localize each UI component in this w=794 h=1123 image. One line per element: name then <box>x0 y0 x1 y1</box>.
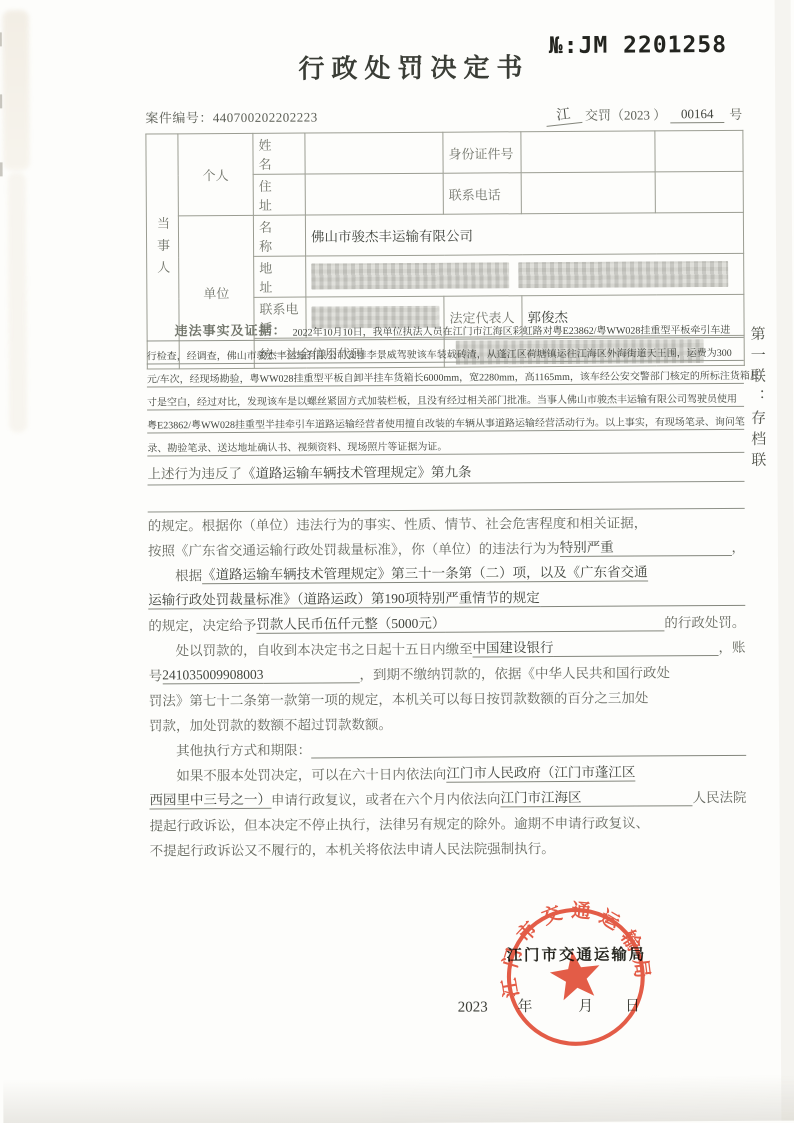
scan-right-shadow <box>775 0 794 1121</box>
other-execution-label: 其他执行方式和期限： <box>176 739 311 760</box>
blank-underline <box>311 733 746 759</box>
case-number: 案件编号：440700202202223 <box>145 106 318 126</box>
address-value <box>305 173 443 215</box>
bank-name-fill: 中国建设银行 <box>472 636 553 657</box>
decision-text: ， <box>731 536 745 556</box>
decision-line: 运输行政处罚裁量标准》（道路运政）第190项特别严重情节的规定 <box>148 583 745 612</box>
unit-name-label: 名 称 <box>253 215 305 256</box>
decision-line: 按照《广东省交通运输行政处罚裁量标准》，你（单位）的违法行为为 特别严重 ， <box>148 533 745 562</box>
decision-line: 罚法》第七十二条第一款第一项的规定，本机关可以每日按罚款数额的百分之三加处 <box>149 683 746 712</box>
scan-bottom-shadow <box>3 1075 794 1123</box>
violation-line: 上述行为违反了 《道路运输车辆技术管理规定》第九条 <box>147 455 744 486</box>
review-authority-fill: 江门市人民政府（江门市蓬江区 <box>446 761 635 783</box>
decision-text: 人民法院 <box>692 786 746 806</box>
decision-text: 处以罚款的，自收到本决定书之日起十五日内缴至 <box>175 638 472 660</box>
violation-clause: 《道路运输车辆技术管理规定》第九条 <box>242 461 472 482</box>
decision-line: 根据 《道路运输车辆技术管理规定》第三十一条第（二）项，以及《广东省交通 <box>148 558 745 587</box>
facts-text: 元/车次，经现场勘验，粤WW028挂重型平板自卸半挂车货箱长6000mm，宽22… <box>147 367 760 386</box>
blank-underline <box>445 608 664 632</box>
decision-line: 其他执行方式和期限： <box>149 733 746 762</box>
decision-line: 罚款，加处罚款的数额不超过罚款数额。 <box>149 708 746 737</box>
scan-smudge <box>3 10 30 170</box>
penalty-amount-fill: 罚款人民币伍仟元整（5000元） <box>256 612 445 634</box>
copy-designation-note: 第一联：存档联 <box>747 326 769 473</box>
account-number-fill: 241035009908003 <box>162 667 263 685</box>
decision-text: ，账 <box>718 636 745 656</box>
document-title: 行政处罚决定书 <box>279 47 549 86</box>
decision-text: 根据 <box>175 564 202 584</box>
facts-text: 录、勘验笔录、送达地址确认书、视频资料、现场照片等证据为证。 <box>147 438 447 455</box>
facts-text: 寸是空白，经过对比，发现该车是以螺丝紧固方式加装栏板，且没有经过相关部门批准。当… <box>147 390 737 409</box>
ref-mid: 交罚（2023 ） <box>585 104 666 123</box>
facts-text: 行检查，经调查，佛山市骏杰丰运输有限公司安排李景威驾驶该车装载砖渣，从蓬江区荷塘… <box>147 344 732 363</box>
facts-text: 粤E23862/粤WW028挂重型半挂牵引车道路运输经营者使用擅自改装的车辆从事… <box>147 413 745 432</box>
date-year: 2023 <box>458 999 488 1016</box>
decision-text: 提起行政诉讼，但本决定不停止执行，法律另有规定的除外。逾期不申请行政复议、 <box>150 811 650 834</box>
redaction-mosaic <box>311 262 509 289</box>
violation-prefix: 上述行为违反了 <box>147 462 242 483</box>
decision-section: 的规定。根据你（单位）违法行为的事实、性质、情节、社会危害程度和相关证据， 按照… <box>148 508 747 862</box>
severity-fill: 特别严重 <box>560 536 614 557</box>
decision-text: ，到期不缴纳罚款的，依据《中华人民共和国行政处 <box>359 661 670 683</box>
legal-basis-fill: 《道路运输车辆技术管理规定》第三十一条第（二）项，以及《广东省交通 <box>202 560 648 584</box>
decision-text: 的行政处罚。 <box>664 611 745 631</box>
unit-address-label: 地 址 <box>254 256 306 297</box>
case-number-row: 案件编号：440700202202223 江 交罚（2023 ） 00164 号 <box>145 102 742 127</box>
facts-section: 违法事实及证据： 2022年10月10日，我单位执法人员在江门市江海区彩虹路对粤… <box>147 315 745 457</box>
empty-cell <box>655 130 743 172</box>
ref-suffix: 号 <box>729 104 742 123</box>
unit-address-value-redacted <box>306 253 744 297</box>
name-value <box>305 132 443 174</box>
blank-underline <box>614 533 732 557</box>
phone-value <box>521 172 655 214</box>
decision-line: 的规定。根据你（单位）违法行为的事实、性质、情节、社会危害程度和相关证据， <box>148 508 745 537</box>
decision-text: 罚法》第七十二条第一款第一项的规定，本机关可以每日按罚款数额的百分之三加处 <box>149 686 649 709</box>
redaction-mosaic <box>518 261 728 288</box>
id-number-label: 身份证件号 <box>443 132 521 173</box>
id-number-value <box>521 131 655 173</box>
court-fill: 江门市江海区 <box>500 786 581 807</box>
blank-underline <box>553 633 718 657</box>
decision-line: 处以罚款的，自收到本决定书之日起十五日内缴至 中国建设银行 ，账 <box>148 633 745 662</box>
document-serial-number: №:JM 2201258 <box>549 32 727 59</box>
legal-basis-fill: 运输行政处罚裁量标准》（道路运政）第190项特别严重情节的规定 <box>148 586 540 609</box>
decision-text: 的规定，决定给予 <box>148 614 256 635</box>
decision-text: 不提起行政诉讼又不履行的，本机关将依法申请人民法院强制执行。 <box>150 837 555 859</box>
scan-smudge <box>8 172 28 432</box>
decision-text: 号 <box>149 664 163 684</box>
violation-section: 上述行为违反了 《道路运输车辆技术管理规定》第九条 <box>147 455 744 513</box>
name-label: 姓 名 <box>253 133 305 174</box>
official-red-seal: 江门市交通运输局 <box>489 889 661 1061</box>
decision-line: 不提起行政诉讼又不履行的，本机关将依法申请人民法院强制执行。 <box>150 833 747 862</box>
decision-line: 号 241035009908003 ，到期不缴纳罚款的，依据《中华人民共和国行政… <box>149 658 746 687</box>
scan-edge-mark <box>0 94 2 108</box>
decision-text: 申请行政复议，或者在六个月内依法向 <box>271 787 501 808</box>
blank-underline <box>540 583 746 607</box>
facts-line: 录、勘验笔录、送达地址确认书、视频资料、现场照片等证据为证。 <box>147 430 744 457</box>
decision-line: 西园里中三号之一） 申请行政复议，或者在六个月内依法向 江门市江海区 人民法院 <box>149 783 746 812</box>
decision-text: 按照《广东省交通运输行政处罚裁量标准》，你（单位）的违法行为为 <box>148 537 560 560</box>
address-label: 住 址 <box>253 174 305 215</box>
decision-line: 的规定，决定给予 罚款人民币伍仟元整（5000元） 的行政处罚。 <box>148 608 745 637</box>
scan-edge-mark <box>0 162 3 176</box>
decision-line: 如果不服本处罚决定，可以在六十日内依法向 江门市人民政府（江门市蓬江区 <box>149 758 746 787</box>
individual-label: 个人 <box>178 133 253 215</box>
scan-edge-mark <box>0 32 2 46</box>
phone-label: 联系电话 <box>443 173 521 214</box>
empty-cell <box>655 171 743 213</box>
blank-underline <box>581 783 692 807</box>
facts-label: 违法事实及证据： <box>175 320 287 340</box>
blank-underline <box>263 682 359 684</box>
decision-text: 的规定。根据你（单位）违法行为的事实、性质、情节、社会危害程度和相关证据， <box>148 511 648 534</box>
decision-line: 提起行政诉讼，但本决定不停止执行，法律另有规定的除外。逾期不申请行政复议、 <box>150 808 747 837</box>
facts-text: 2022年10月10日，我单位执法人员在江门市江海区彩虹路对粤E23862/粤W… <box>293 321 731 339</box>
decision-text: 如果不服本处罚决定，可以在六十日内依法向 <box>176 763 446 785</box>
unit-name-value: 佛山市骏杰丰运输有限公司 <box>305 212 743 256</box>
ref-region-fill: 江 <box>544 102 582 127</box>
review-authority-fill: 西园里中三号之一） <box>149 788 271 810</box>
party-group-label: 当事人 <box>153 216 172 282</box>
seal-star-icon <box>547 947 603 1001</box>
reference-number: 江 交罚（2023 ） 00164 号 <box>545 102 742 124</box>
scanned-document-page: №:JM 2201258 行政处罚决定书 案件编号：44070020220222… <box>0 0 794 1123</box>
decision-text: 罚款，加处罚款的数额不超过罚款数额。 <box>149 713 392 734</box>
ref-number: 00164 <box>670 106 724 123</box>
